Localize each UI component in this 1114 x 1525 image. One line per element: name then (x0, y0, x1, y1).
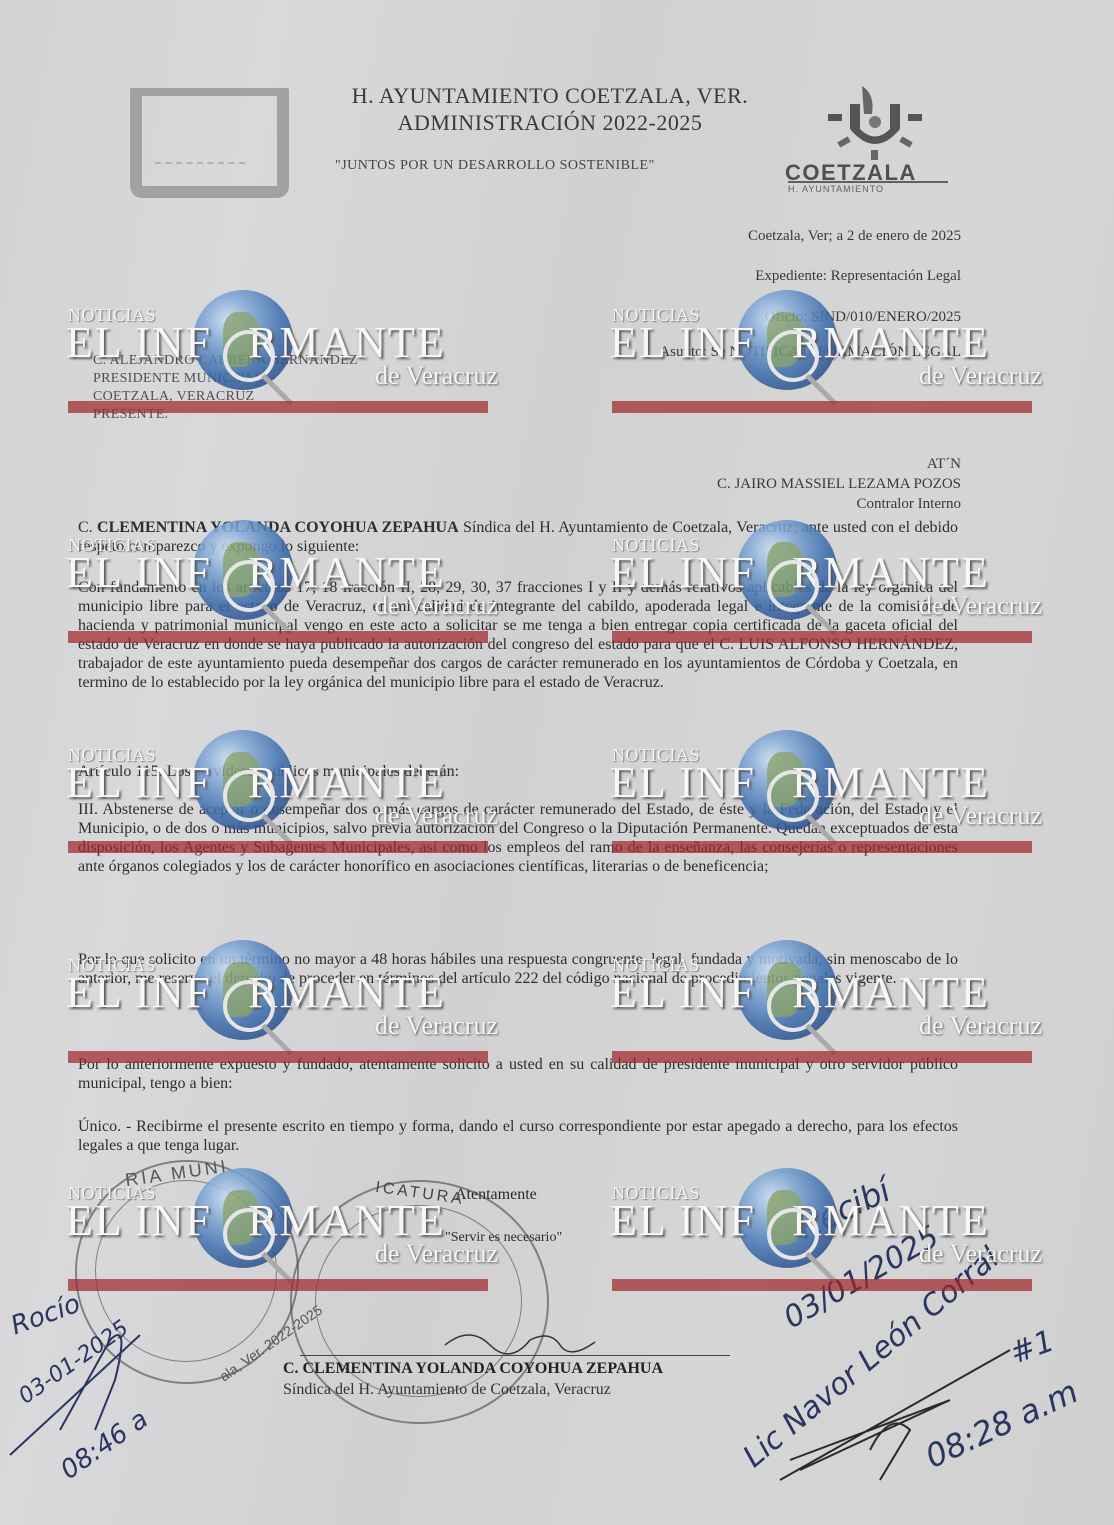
paragraph-article-115: Artículo 115. Los servidores públicos mu… (78, 762, 958, 781)
handwritten-signature-left-icon (0, 1320, 160, 1460)
signer-name: C. CLEMENTINA YOLANDA COYOHUA ZEPAHUA (283, 1360, 663, 1378)
expediente: Expediente: Representación Legal (755, 268, 961, 285)
addressee-block: C. ALEJANDRO CABRERA HERNÁNDEZ PRESIDENT… (93, 352, 358, 424)
paragraph-fraction-iii: III. Abstenerse de aceptar o desempeñar … (78, 800, 958, 876)
paragraph-conclusion: Por lo anteriormente expuesto y fundado,… (78, 1055, 958, 1093)
signature-scribble-icon (440, 1320, 600, 1360)
signature-line (300, 1355, 730, 1356)
addressee-presente: PRESENTE. (93, 406, 358, 424)
place-date: Coetzala, Ver; a 2 de enero de 2025 (748, 228, 961, 245)
watermark-bar (612, 401, 1032, 413)
attention-block: AT´N C. JAIRO MASSIEL LEZAMA POZOS Contr… (717, 454, 961, 514)
handwritten-recibi: Recibí (792, 1171, 897, 1247)
paragraph-unico: Único. - Recibirme el presente escrito e… (78, 1117, 958, 1155)
attention-role: Contralor Interno (717, 494, 961, 514)
globe-icon (737, 290, 837, 390)
letterhead-title: H. AYUNTAMIENTO COETZALA, VER. ADMINISTR… (300, 82, 800, 136)
handwritten-signature-right-icon (760, 1290, 1040, 1490)
complainant-name: CLEMENTINA YOLANDA COYOHUA ZEPAHUA (97, 519, 459, 536)
paragraph-intro: C. CLEMENTINA YOLANDA COYOHUA ZEPAHUA Sí… (78, 518, 958, 556)
paragraph-request: Por lo que solicito en un término no may… (78, 950, 958, 988)
addressee-location: COETZALA, VERACRUZ (93, 388, 358, 406)
signer-role: Síndica del H. Ayuntamiento de Coetzala,… (283, 1381, 611, 1399)
addressee-title: PRESIDENTE MUNICIPAL (93, 370, 358, 388)
addressee-name: C. ALEJANDRO CABRERA HERNÁNDEZ (93, 352, 358, 370)
attention-label: AT´N (717, 454, 961, 474)
coetzala-sun-logo-icon (820, 84, 930, 164)
crest-detail (155, 112, 245, 164)
logo-subtext: H. AYUNTAMIENTO (788, 181, 948, 194)
oficio-number: Oficio: SIND/010/ENERO/2025 (765, 309, 961, 326)
asunto: Asunto: Se NOTIFICA INFORMACIÓN LEGAL (659, 344, 961, 361)
attention-name: C. JAIRO MASSIEL LEZAMA POZOS (717, 474, 961, 494)
title-line-2: ADMINISTRACIÓN 2022-2025 (300, 109, 800, 136)
paragraph-legal-basis: Con fundamento en los artículos 17, 18 f… (78, 578, 958, 692)
title-line-1: H. AYUNTAMIENTO COETZALA, VER. (300, 82, 800, 109)
letterhead-motto: "JUNTOS POR UN DESARROLLO SOSTENIBLE" (335, 158, 655, 174)
